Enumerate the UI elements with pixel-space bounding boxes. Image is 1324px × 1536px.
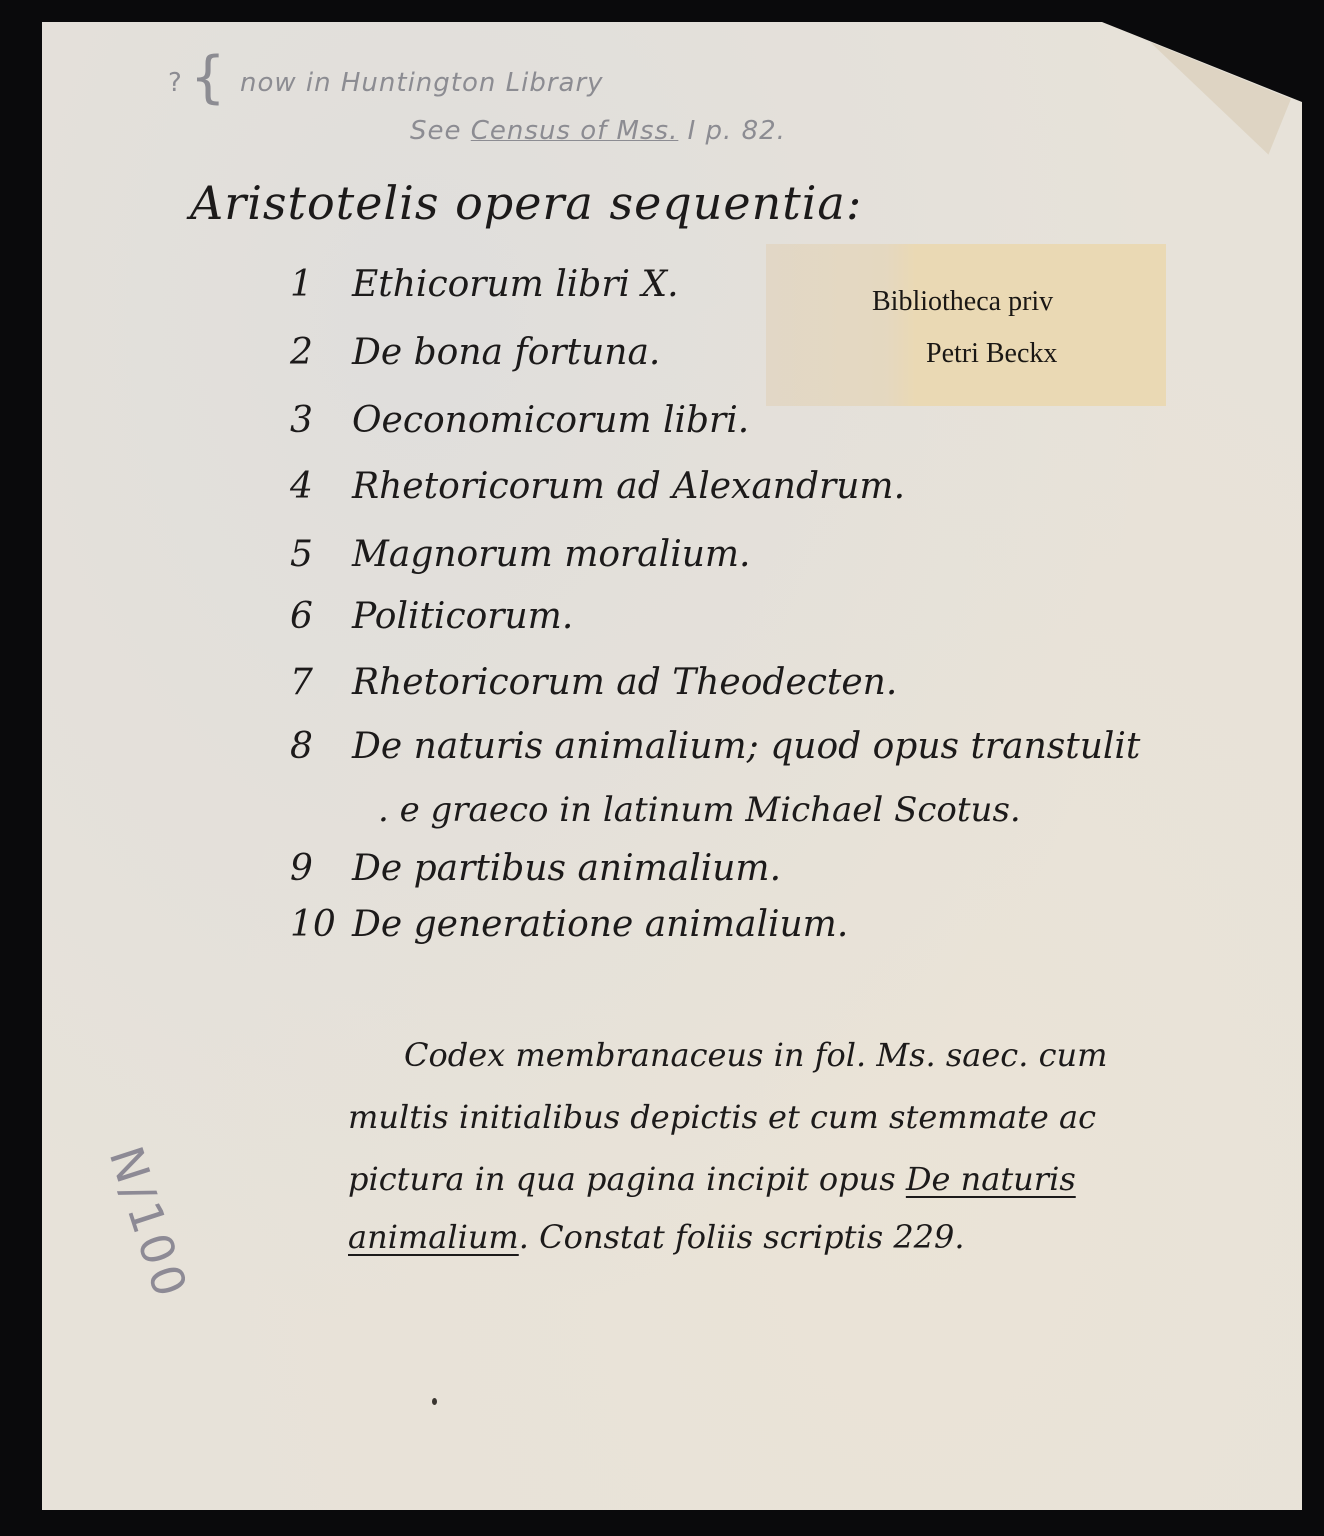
pencil-question-mark: ? — [168, 68, 182, 98]
description-line-3: pictura in qua pagina incipit opus De na… — [348, 1160, 1076, 1198]
pencil-brace: { — [190, 50, 226, 106]
list-item: 7Rhetoricorum ad Theodecten. — [290, 662, 897, 703]
list-item: 6Politicorum. — [290, 596, 573, 637]
list-item: 3Oeconomicorum libri. — [290, 400, 749, 441]
list-item: 9De partibus animalium. — [290, 848, 781, 889]
description-line-1: Codex membranaceus in fol. Ms. saec. cum — [404, 1036, 1107, 1074]
ink-speck — [432, 1398, 437, 1405]
list-item: 4Rhetoricorum ad Alexandrum. — [290, 466, 905, 507]
document-title: Aristotelis opera sequentia: — [190, 176, 862, 230]
list-item-continuation: . e graeco in latinum Michael Scotus. — [378, 790, 1021, 830]
bookplate-line-2: Petri Beckx — [926, 338, 1057, 370]
list-item: 1Ethicorum libri X. — [290, 264, 679, 305]
list-item: 2De bona fortuna. — [290, 332, 660, 373]
bookplate-label: Bibliotheca priv Petri Beckx — [766, 244, 1166, 406]
census-reference: Census of Mss. — [471, 116, 679, 146]
description-line-2: multis initialibus depictis et cum stemm… — [348, 1098, 1096, 1136]
underlined-title: animalium — [348, 1218, 519, 1256]
list-item: 8De naturis animalium; quod opus transtu… — [290, 726, 1140, 767]
pencil-note-line-2: See Census of Mss. I p. 82. — [410, 118, 786, 144]
pencil-note-line-1: now in Huntington Library — [240, 70, 604, 96]
list-item: 5Magnorum moralium. — [290, 534, 750, 575]
bookplate-line-1: Bibliotheca priv — [872, 286, 1053, 318]
description-line-4: animalium. Constat foliis scriptis 229. — [348, 1218, 965, 1256]
underlined-title: De naturis — [906, 1160, 1076, 1198]
list-item: 10De generatione animalium. — [290, 904, 848, 945]
